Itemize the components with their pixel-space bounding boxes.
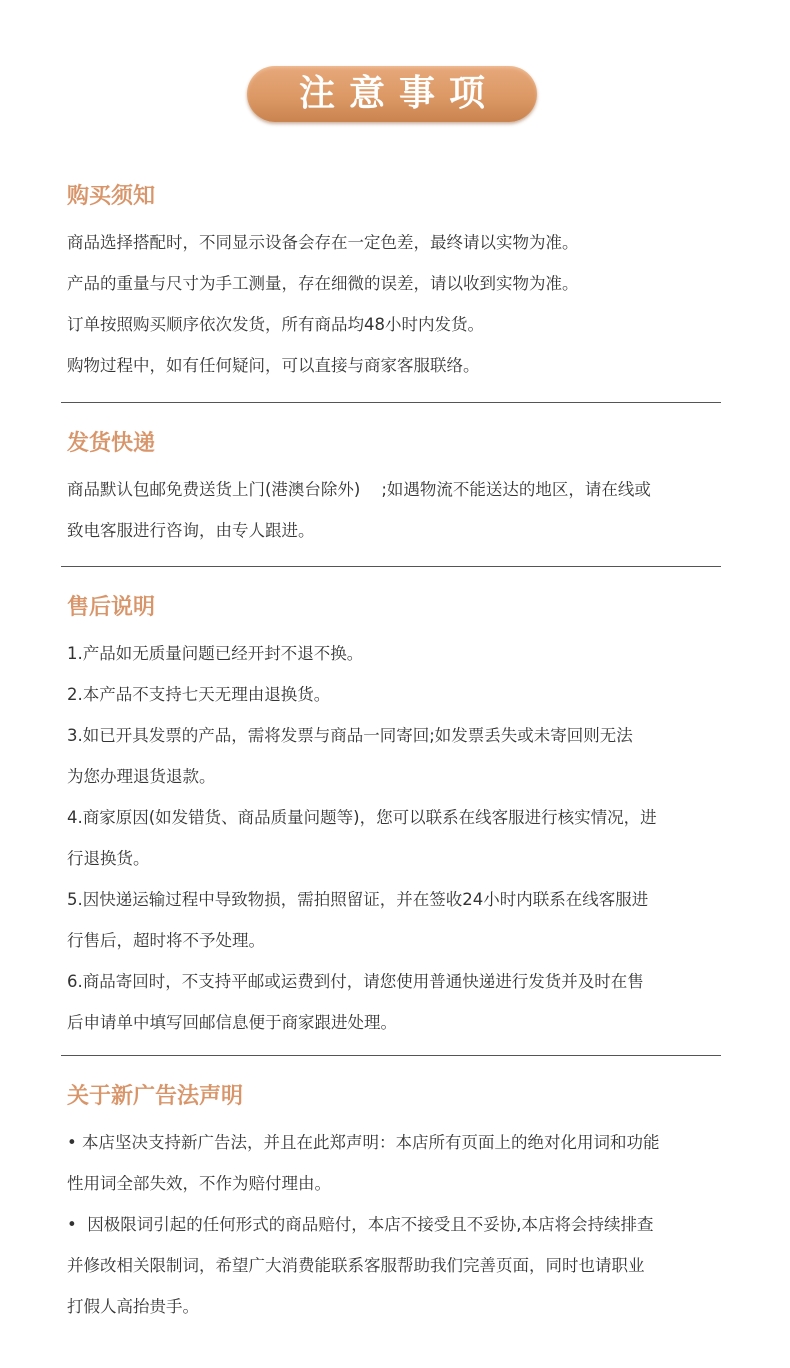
notice-line: 1.产品如无质量问题已经开封不退不换。 bbox=[67, 633, 727, 674]
notice-line: 并修改相关限制词，希望广大消费能联系客服帮助我们完善页面，同时也请职业 bbox=[67, 1245, 727, 1286]
notice-line: 致电客服进行咨询，由专人跟进。 bbox=[67, 510, 727, 551]
notice-banner: 注意事项 bbox=[247, 66, 537, 122]
notice-line: 产品的重量与尺寸为手工测量，存在细微的误差，请以收到实物为准。 bbox=[67, 263, 727, 304]
notice-line: • 本店坚决支持新广告法，并且在此郑声明：本店所有页面上的绝对化用词和功能 bbox=[67, 1122, 727, 1163]
notice-line: 商品默认包邮免费送货上门(港澳台除外) ;如遇物流不能送达的地区，请在线或 bbox=[67, 469, 727, 510]
notice-line: 购物过程中，如有任何疑问，可以直接与商家客服联络。 bbox=[67, 345, 727, 386]
notice-line: 4.商家原因(如发错货、商品质量问题等)，您可以联系在线客服进行核实情况，进 bbox=[67, 797, 727, 838]
section-title: 售后说明 bbox=[67, 597, 727, 619]
notice-line: 后申请单中填写回邮信息便于商家跟进处理。 bbox=[67, 1002, 727, 1043]
section-title: 关于新广告法声明 bbox=[67, 1086, 727, 1108]
section-purchase-notice: 购买须知 商品选择搭配时，不同显示设备会存在一定色差，最终请以实物为准。 产品的… bbox=[67, 186, 727, 386]
notice-line: 订单按照购买顺序依次发货，所有商品均48小时内发货。 bbox=[67, 304, 727, 345]
notice-line: 为您办理退货退款。 bbox=[67, 756, 727, 797]
notice-line: 6.商品寄回时，不支持平邮或运费到付，请您使用普通快递进行发货并及时在售 bbox=[67, 961, 727, 1002]
notice-line: • 因极限词引起的任何形式的商品赔付，本店不接受且不妥协,本店将会持续排查 bbox=[67, 1204, 727, 1245]
section-title: 购买须知 bbox=[67, 186, 727, 208]
notice-line: 行售后，超时将不予处理。 bbox=[67, 920, 727, 961]
section-divider bbox=[61, 1055, 721, 1056]
notice-line: 3.如已开具发票的产品，需将发票与商品一同寄回;如发票丢失或未寄回则无法 bbox=[67, 715, 727, 756]
section-title: 发货快递 bbox=[67, 433, 727, 455]
notice-line: 商品选择搭配时，不同显示设备会存在一定色差，最终请以实物为准。 bbox=[67, 222, 727, 263]
notice-line: 行退换货。 bbox=[67, 838, 727, 879]
notice-line: 打假人高抬贵手。 bbox=[67, 1286, 727, 1327]
banner-title: 注意事项 bbox=[285, 76, 499, 112]
notice-line: 5.因快递运输过程中导致物损，需拍照留证，并在签收24小时内联系在线客服进 bbox=[67, 879, 727, 920]
notice-line: 性用词全部失效，不作为赔付理由。 bbox=[67, 1163, 727, 1204]
section-shipping: 发货快递 商品默认包邮免费送货上门(港澳台除外) ;如遇物流不能送达的地区，请在… bbox=[67, 433, 727, 551]
section-after-sales: 售后说明 1.产品如无质量问题已经开封不退不换。 2.本产品不支持七天无理由退换… bbox=[67, 597, 727, 1043]
section-divider bbox=[61, 402, 721, 403]
notice-line: 2.本产品不支持七天无理由退换货。 bbox=[67, 674, 727, 715]
section-ad-law-statement: 关于新广告法声明 • 本店坚决支持新广告法，并且在此郑声明：本店所有页面上的绝对… bbox=[67, 1086, 727, 1327]
section-divider bbox=[61, 566, 721, 567]
